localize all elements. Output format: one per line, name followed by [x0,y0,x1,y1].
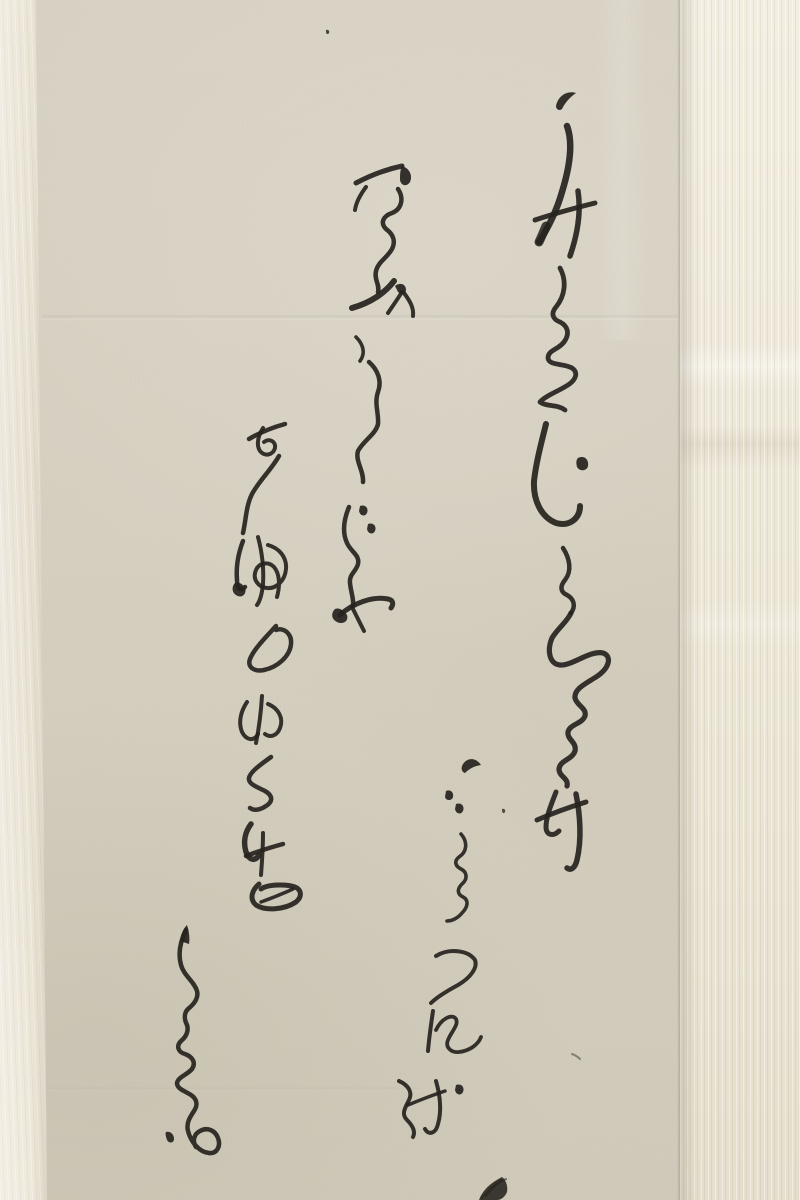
calligraphy-svg [0,0,800,1200]
column-2-middle [332,166,413,631]
column-3-left [233,424,301,909]
column-1-main [534,92,609,869]
scroll-photo [0,0,800,1200]
incidental-marks [326,30,580,1200]
column-4-signature [166,925,219,1153]
column-1-small [399,759,481,1137]
